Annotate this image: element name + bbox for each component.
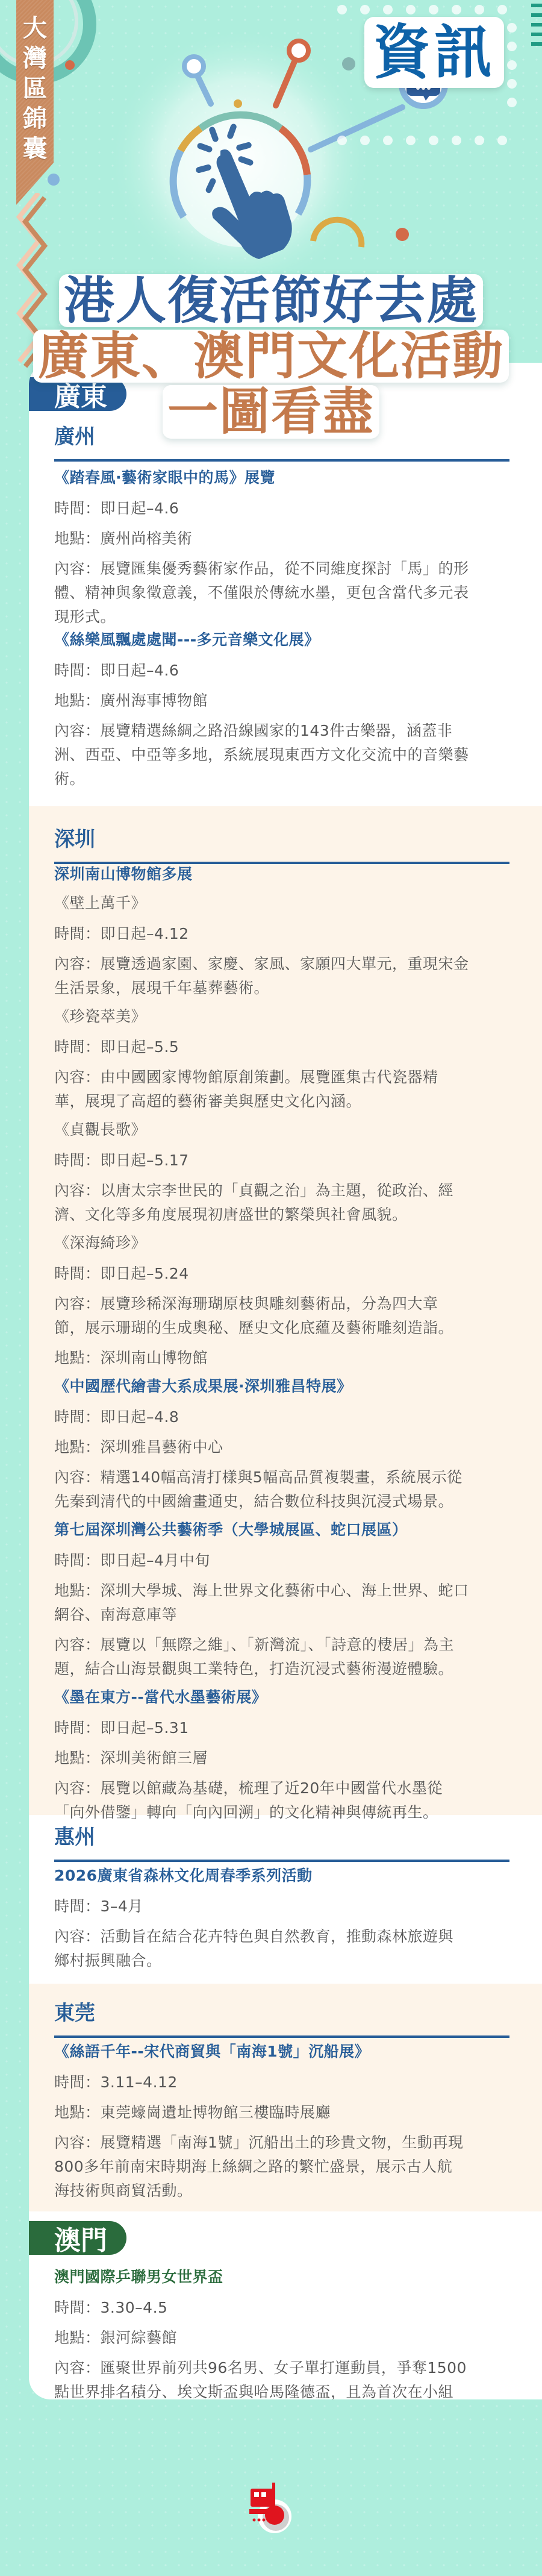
dot-decoration <box>396 228 409 241</box>
title-line-1: 港人復活節好去處 <box>59 274 483 327</box>
event-huizhou-1: 2026廣東省森林文化周春季系列活動 時間：3–4月 內容：活動旨在結合花卉特色… <box>54 1866 518 1979</box>
event-time: 時間：即日起–4.8 <box>54 1405 518 1429</box>
info-badge-text: 資訊 <box>373 24 496 81</box>
event-place: 網谷、南海意庫等 <box>54 1603 518 1627</box>
event-content: 內容：展覽透過家園、家慶、家風、家願四大單元，重現宋金 <box>54 952 518 976</box>
event-content: 內容：展覽精選絲綢之路沿線國家的143件古樂器，涵蓋非 <box>54 719 518 743</box>
event-title: 《踏春風·藝術家眼中的馬》展覽 <box>54 468 518 488</box>
series-label-char: 囊 <box>23 134 47 164</box>
event-place: 地點：深圳南山博物館 <box>54 1346 518 1370</box>
event-place: 地點：深圳雅昌藝術中心 <box>54 1435 518 1459</box>
event-place: 地點：東莞蠔崗遺址博物館三樓臨時展廳 <box>54 2101 518 2125</box>
series-label-char: 錦 <box>23 104 47 134</box>
event-content: 濟、文化等多角度展現初唐盛世的繁榮與社會風貌。 <box>54 1203 518 1227</box>
event-content: 「向外借鑒」轉向「向內回溯」的文化精神與傳統再生。 <box>54 1800 518 1825</box>
event-place: 地點：深圳大學城、海上世界文化藝術中心、海上世界、蛇口 <box>54 1579 518 1603</box>
event-content: 內容：由中國國家博物館原創策劃。展覽匯集古代瓷器精 <box>54 1065 518 1089</box>
group-title: 深圳南山博物館多展 <box>54 864 518 885</box>
title-line-3: 一圖看盡 <box>163 385 379 438</box>
event-content: 內容：匯聚世界前列共96名男、女子單打運動員，爭奪1500 <box>54 2356 518 2380</box>
event-content: 洲、西亞、中亞等多地，系統展現東西方文化交流中的音樂藝 <box>54 743 518 767</box>
event-time: 時間：即日起–5.31 <box>54 1716 518 1740</box>
event-content: 內容：展覽以「無際之維」、「新灣流」、「詩意的棲居」為主 <box>54 1633 518 1657</box>
series-label-char: 區 <box>23 74 47 104</box>
event-place: 地點：銀河綜藝館 <box>54 2326 518 2350</box>
region-tab-macau: 澳門 <box>29 2221 126 2255</box>
sub-event-title: 《貞觀長歌》 <box>54 1120 518 1140</box>
event-content: 800多年前南宋時期海上絲綢之路的繁忙盛景，展示古人航 <box>54 2155 518 2179</box>
event-content: 術。 <box>54 767 518 791</box>
event-content: 內容：展覽以館藏為基礎，梳理了近20年中國當代水墨從 <box>54 1776 518 1800</box>
sub-event-title: 《珍瓷萃美》 <box>54 1006 518 1027</box>
event-content: 現形式。 <box>54 605 518 629</box>
event-content: 海技術與商貿活動。 <box>54 2179 518 2203</box>
event-title: 《墨在東方--當代水墨藝術展》 <box>54 1687 518 1708</box>
event-content: 鄉村振興融合。 <box>54 1949 518 1973</box>
event-time: 時間：3–4月 <box>54 1894 518 1919</box>
event-content: 生活景象，展現千年墓葬藝術。 <box>54 976 518 1000</box>
event-time: 時間：即日起–4.12 <box>54 922 518 946</box>
event-time: 時間：即日起–5.5 <box>54 1035 518 1059</box>
event-title: 澳門國際乒聯男女世界盃 <box>54 2267 518 2287</box>
event-macau-1: 澳門國際乒聯男女世界盃 時間：3.30–4.5 地點：銀河綜藝館 內容：匯聚世界… <box>54 2267 518 2399</box>
event-time: 時間：3.11–4.12 <box>54 2070 518 2095</box>
dot-decoration <box>234 99 242 108</box>
shenzhen-nanshan-group: 深圳南山博物館多展 《壁上萬千》 時間：即日起–4.12 內容：展覽透過家園、家… <box>54 864 518 1831</box>
dot-decoration <box>342 57 355 71</box>
event-title: 第七屆深圳灣公共藝術季（大學城展區、蛇口展區） <box>54 1520 518 1540</box>
title-line-2: 廣東、澳門文化活動 <box>33 330 509 383</box>
event-content: 內容：展覽珍稀深海珊瑚原枝與雕刻藝術品，分為四大章 <box>54 1292 518 1316</box>
event-dongguan-1: 《絲語千年--宋代商貿與「南海1號」沉船展》 時間：3.11–4.12 地點：東… <box>54 2042 518 2209</box>
stripes-decoration <box>531 4 542 46</box>
event-time: 時間：即日起–5.17 <box>54 1149 518 1173</box>
event-time: 時間：3.30–4.5 <box>54 2296 518 2320</box>
event-time: 時間：即日起–4月中旬 <box>54 1549 518 1573</box>
event-content: 內容：展覽精選「南海1號」沉船出土的珍貴文物，生動再現 <box>54 2131 518 2155</box>
dot-decoration <box>48 174 60 186</box>
divider <box>54 2035 509 2038</box>
info-badge: 資訊 <box>364 17 504 88</box>
city-header-dongguan: 東莞 <box>54 1999 509 2038</box>
city-header-shenzhen: 深圳 <box>54 826 509 864</box>
series-label-char: 大 <box>23 13 47 43</box>
event-content: 內容：精選140幅高清打樣與5幅高品質複製畫，系統展示從 <box>54 1465 518 1490</box>
event-content: 體、精神與象徵意義，不僅限於傳統水墨，更包含當代多元表 <box>54 581 518 605</box>
event-title: 《絲樂風飄處處聞---多元音樂文化展》 <box>54 630 518 650</box>
page-title: 港人復活節好去處 廣東、澳門文化活動 一圖看盡 <box>0 274 542 441</box>
sub-event-title: 《壁上萬千》 <box>54 893 518 914</box>
city-header-huizhou: 惠州 <box>54 1823 509 1862</box>
event-time: 時間：即日起–5.24 <box>54 1262 518 1286</box>
event-content: 內容：以唐太宗李世民的「貞觀之治」為主題，從政治、經 <box>54 1179 518 1203</box>
event-place: 地點：廣州尚榕美術 <box>54 527 518 551</box>
event-content: 華，展現了高超的藝術審美與歷史文化內涵。 <box>54 1089 518 1114</box>
event-title: 《中國歷代繪書大系成果展·深圳雅昌特展》 <box>54 1376 518 1397</box>
divider <box>54 459 509 462</box>
event-place: 地點：廣州海事博物館 <box>54 689 518 713</box>
dot-grid-decoration <box>507 23 517 107</box>
event-content: 內容：活動旨在結合花卉特色與自然教育，推動森林旅遊與 <box>54 1925 518 1949</box>
dot-grid-decoration <box>337 5 507 14</box>
sub-event-title: 《深海綺珍》 <box>54 1233 518 1253</box>
dot-decoration <box>65 60 75 70</box>
event-guangzhou-2: 《絲樂風飄處處聞---多元音樂文化展》 時間：即日起–4.6 地點：廣州海事博物… <box>54 630 518 797</box>
event-title: 《絲語千年--宋代商貿與「南海1號」沉船展》 <box>54 2042 518 2062</box>
event-content: 題，結合山海景觀與工業特色，打造沉浸式藝術漫遊體驗。 <box>54 1657 518 1681</box>
event-title: 2026廣東省森林文化周春季系列活動 <box>54 1866 518 1886</box>
event-content: 內容：展覽匯集優秀藝術家作品，從不同維度探討「馬」的形 <box>54 557 518 581</box>
divider <box>54 1860 509 1862</box>
event-time: 時間：即日起–4.6 <box>54 497 518 521</box>
event-guangzhou-1: 《踏春風·藝術家眼中的馬》展覽 時間：即日起–4.6 地點：廣州尚榕美術 內容：… <box>54 468 518 635</box>
dot-grid-decoration <box>337 136 507 145</box>
series-label-char: 灣 <box>23 43 47 74</box>
event-content: 先秦到清代的中國繪畫通史，結合數位科技與沉浸式場景。 <box>54 1490 518 1514</box>
dot-news-logo-icon <box>247 2481 295 2536</box>
content-card: 廣東 廣州 《踏春風·藝術家眼中的馬》展覽 時間：即日起–4.6 地點：廣州尚榕… <box>29 363 542 2399</box>
event-content: 節，展示珊瑚的生成奧秘、歷史文化底蘊及藝術雕刻造詣。 <box>54 1316 518 1340</box>
event-content: 點世界排名積分、埃文斯盃與哈馬隆德盃，且為首次在小組 <box>54 2380 518 2399</box>
event-time: 時間：即日起–4.6 <box>54 659 518 683</box>
event-place: 地點：深圳美術館三層 <box>54 1746 518 1770</box>
